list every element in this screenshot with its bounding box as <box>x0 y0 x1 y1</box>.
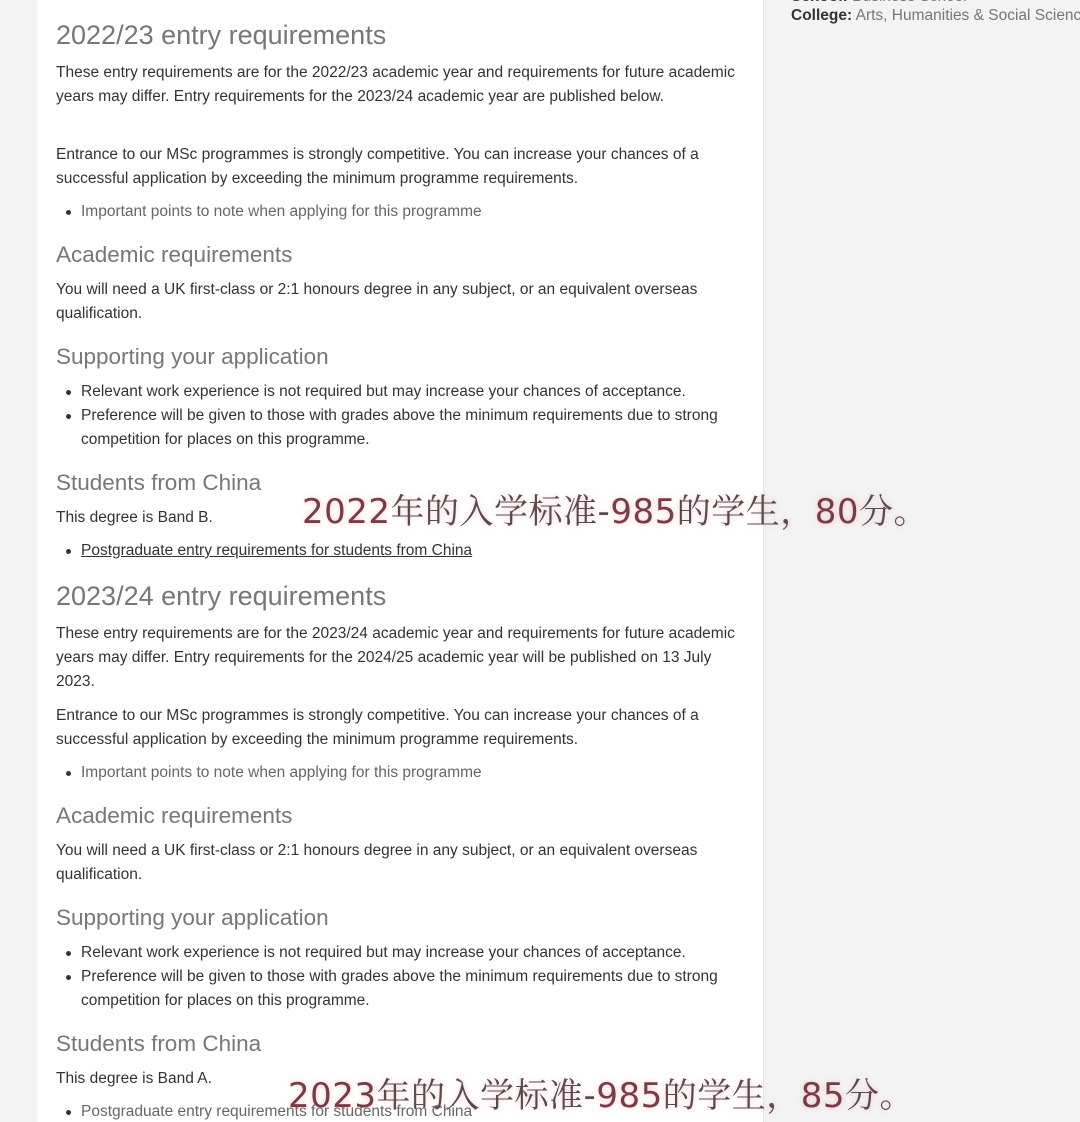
supporting-title-2022: Supporting your application <box>56 344 329 370</box>
programme-info-sidebar: School: Business School College: Arts, H… <box>764 0 1080 1122</box>
competitive-text-2023: Entrance to our MSc programmes is strong… <box>56 704 746 752</box>
college-label: College: <box>791 7 852 24</box>
college-line: College: Arts, Humanities & Social Scien… <box>791 7 1080 25</box>
school-value: Business School <box>852 0 967 5</box>
important-points-link-2023[interactable]: Important points to note when applying f… <box>81 764 482 781</box>
china-requirements-link-2022[interactable]: Postgraduate entry requirements for stud… <box>81 542 472 559</box>
china-link-list-2022: Postgraduate entry requirements for stud… <box>56 539 756 563</box>
competitive-text-2022: Entrance to our MSc programmes is strong… <box>56 143 746 191</box>
china-title-2022: Students from China <box>56 470 261 496</box>
section-title-2023: 2023/24 entry requirements <box>56 581 386 612</box>
supporting-item: Preference will be given to those with g… <box>56 965 756 1013</box>
supporting-item: Relevant work experience is not required… <box>56 941 756 965</box>
important-points-list-2023: Important points to note when applying f… <box>56 761 756 785</box>
academic-text-2022: You will need a UK first-class or 2:1 ho… <box>56 278 746 326</box>
supporting-list-2022: Relevant work experience is not required… <box>56 380 756 452</box>
main-content-panel: 2022/23 entry requirements These entry r… <box>37 0 764 1122</box>
section-title-2022: 2022/23 entry requirements <box>56 20 386 51</box>
intro-text-2022: These entry requirements are for the 202… <box>56 61 746 109</box>
supporting-item: Preference will be given to those with g… <box>56 404 756 452</box>
china-title-2023: Students from China <box>56 1031 261 1057</box>
college-value: Arts, Humanities & Social Sciences <box>856 7 1080 24</box>
academic-title-2023: Academic requirements <box>56 803 292 829</box>
academic-title-2022: Academic requirements <box>56 242 292 268</box>
important-points-list-2022: Important points to note when applying f… <box>56 200 756 224</box>
academic-text-2023: You will need a UK first-class or 2:1 ho… <box>56 839 746 887</box>
annotation-2023: 2023年的入学标准-985的学生，85分。 <box>288 1068 914 1117</box>
important-points-link-2022[interactable]: Important points to note when applying f… <box>81 203 482 220</box>
supporting-title-2023: Supporting your application <box>56 905 329 931</box>
annotation-2022: 2022年的入学标准-985的学生，80分。 <box>302 484 928 533</box>
supporting-list-2023: Relevant work experience is not required… <box>56 941 756 1013</box>
school-line: School: Business School <box>791 0 967 6</box>
intro-text-2023: These entry requirements are for the 202… <box>56 622 746 694</box>
school-label: School: <box>791 0 848 5</box>
supporting-item: Relevant work experience is not required… <box>56 380 756 404</box>
